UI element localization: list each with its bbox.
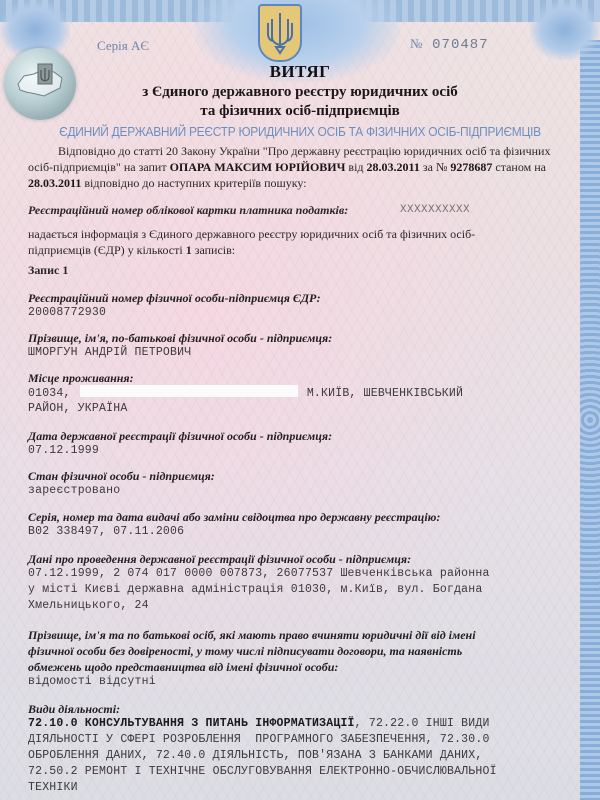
provided-text: надається інформація з Єдиного державног… bbox=[28, 227, 475, 257]
redaction-bar bbox=[80, 385, 298, 397]
trident-coat-of-arms-icon bbox=[258, 4, 302, 62]
primary-activity: 72.10.0 КОНСУЛЬТУВАННЯ З ПИТАНЬ ІНФОРМАТ… bbox=[28, 717, 355, 730]
field-value-activities-line1: 72.10.0 КОНСУЛЬТУВАННЯ З ПИТАНЬ ІНФОРМАТ… bbox=[28, 716, 490, 732]
field-value-edr-number: 20008772930 bbox=[28, 305, 106, 321]
field-value-activities-line4: 72.50.2 РЕМОНТ І ТЕХНІЧНЕ ОБСЛУГОВУВАННЯ… bbox=[28, 764, 497, 780]
register-banner: ЄДИНИЙ ДЕРЖАВНИЙ РЕЄСТР ЮРИДИЧНИХ ОСІБ Т… bbox=[24, 124, 576, 139]
ornament-corner-right bbox=[530, 0, 600, 60]
ornamental-border-right bbox=[580, 40, 600, 800]
field-value-activities-line2: ДІЯЛЬНОСТІ У СФЕРІ РОЗРОБЛЕННЯ ПРОГРАМНО… bbox=[28, 732, 490, 748]
field-label-certificate: Серія, номер та дата видачі або заміни с… bbox=[28, 509, 440, 525]
tax-number-value: XXXXXXXXXX bbox=[400, 202, 470, 218]
number-value: 070487 bbox=[432, 37, 488, 53]
field-value-registration-data-line2: у місті Києві державна адміністрація 010… bbox=[28, 582, 482, 598]
field-value-registration-data-line1: 07.12.1999, 2 074 017 0000 007873, 26077… bbox=[28, 566, 490, 582]
field-label-registration-date: Дата державної реєстрації фізичної особи… bbox=[28, 428, 332, 444]
field-value-activities-line5: ТЕХНІКИ bbox=[28, 780, 78, 796]
field-value-status: зареєстровано bbox=[28, 483, 120, 499]
as-of-date: 28.03.2011 bbox=[28, 176, 81, 190]
record-heading: Запис 1 bbox=[28, 262, 68, 278]
field-label-residence: Місце проживання: bbox=[28, 370, 134, 386]
provided-text: записів: bbox=[192, 243, 235, 257]
requester-name: ОПАРА МАКСИМ ЮРІЙОВИЧ bbox=[170, 160, 346, 174]
field-value-activities-line3: ОБРОБЛЕННЯ ДАНИХ, 72.40.0 ДІЯЛЬНІСТЬ, ПО… bbox=[28, 748, 482, 764]
field-value-registration-data-line3: Хмельницького, 24 bbox=[28, 598, 149, 614]
field-label-full-name: Прізвище, ім'я, по-батькові фізичної осо… bbox=[28, 330, 332, 346]
field-value-residence: 01034, М.КИЇВ, ШЕВЧЕНКІВСЬКИЙ bbox=[28, 385, 463, 402]
field-label-authorized-persons-line2: фізичної особи без довіреності, у тому ч… bbox=[28, 643, 462, 659]
document-subtitle-line1: з Єдиного державного реєстру юридичних о… bbox=[0, 84, 600, 101]
residence-city: М.КИЇВ, ШЕВЧЕНКІВСЬКИЙ bbox=[300, 387, 463, 400]
field-value-authorized-persons: відомості відсутні bbox=[28, 674, 156, 690]
field-label-authorized-persons-line3: обмежень щодо представництва від імені ф… bbox=[28, 659, 338, 675]
number-sign: № bbox=[410, 36, 422, 51]
field-label-activities: Види діяльності: bbox=[28, 701, 120, 717]
tax-number-label: Реєстраційний номер облікової картки пла… bbox=[28, 202, 348, 218]
field-value-residence-line2: РАЙОН, УКРАЇНА bbox=[28, 401, 127, 417]
intro-paragraph: Відповідно до статті 20 Закону України "… bbox=[28, 143, 578, 191]
activity-text: , 72.22.0 ІНШІ ВИДИ bbox=[355, 717, 490, 730]
intro-text: відповідно до наступних критеріїв пошуку… bbox=[81, 176, 306, 190]
request-number: 9278687 bbox=[450, 160, 492, 174]
field-value-certificate: В02 338497, 07.11.2006 bbox=[28, 524, 184, 540]
request-date: 28.03.2011 bbox=[367, 160, 420, 174]
field-label-authorized-persons-line1: Прізвище, ім'я та по батькові осіб, які … bbox=[28, 627, 476, 643]
field-label-edr-number: Реєстраційний номер фізичної особи-підпр… bbox=[28, 290, 321, 306]
extract-document: Серія АЄ № 070487 ВИТЯГ з Єдиного держав… bbox=[0, 0, 600, 800]
provided-paragraph: надається інформація з Єдиного державног… bbox=[28, 226, 498, 258]
intro-text: від bbox=[345, 160, 366, 174]
field-value-full-name: ШМОРГУН АНДРІЙ ПЕТРОВИЧ bbox=[28, 345, 191, 361]
residence-postcode: 01034, bbox=[28, 387, 78, 400]
document-title: ВИТЯГ bbox=[0, 62, 600, 82]
intro-text: станом на bbox=[492, 160, 546, 174]
field-label-status: Стан фізичної особи - підприємця: bbox=[28, 468, 215, 484]
document-subtitle-line2: та фізичних осіб-підприємців bbox=[0, 103, 600, 120]
series-label: Серія АЄ bbox=[97, 38, 149, 54]
document-number: № 070487 bbox=[410, 36, 489, 53]
field-value-registration-date: 07.12.1999 bbox=[28, 443, 99, 459]
field-label-registration-data: Дані про проведення державної реєстрації… bbox=[28, 551, 411, 567]
intro-text: за № bbox=[420, 160, 451, 174]
